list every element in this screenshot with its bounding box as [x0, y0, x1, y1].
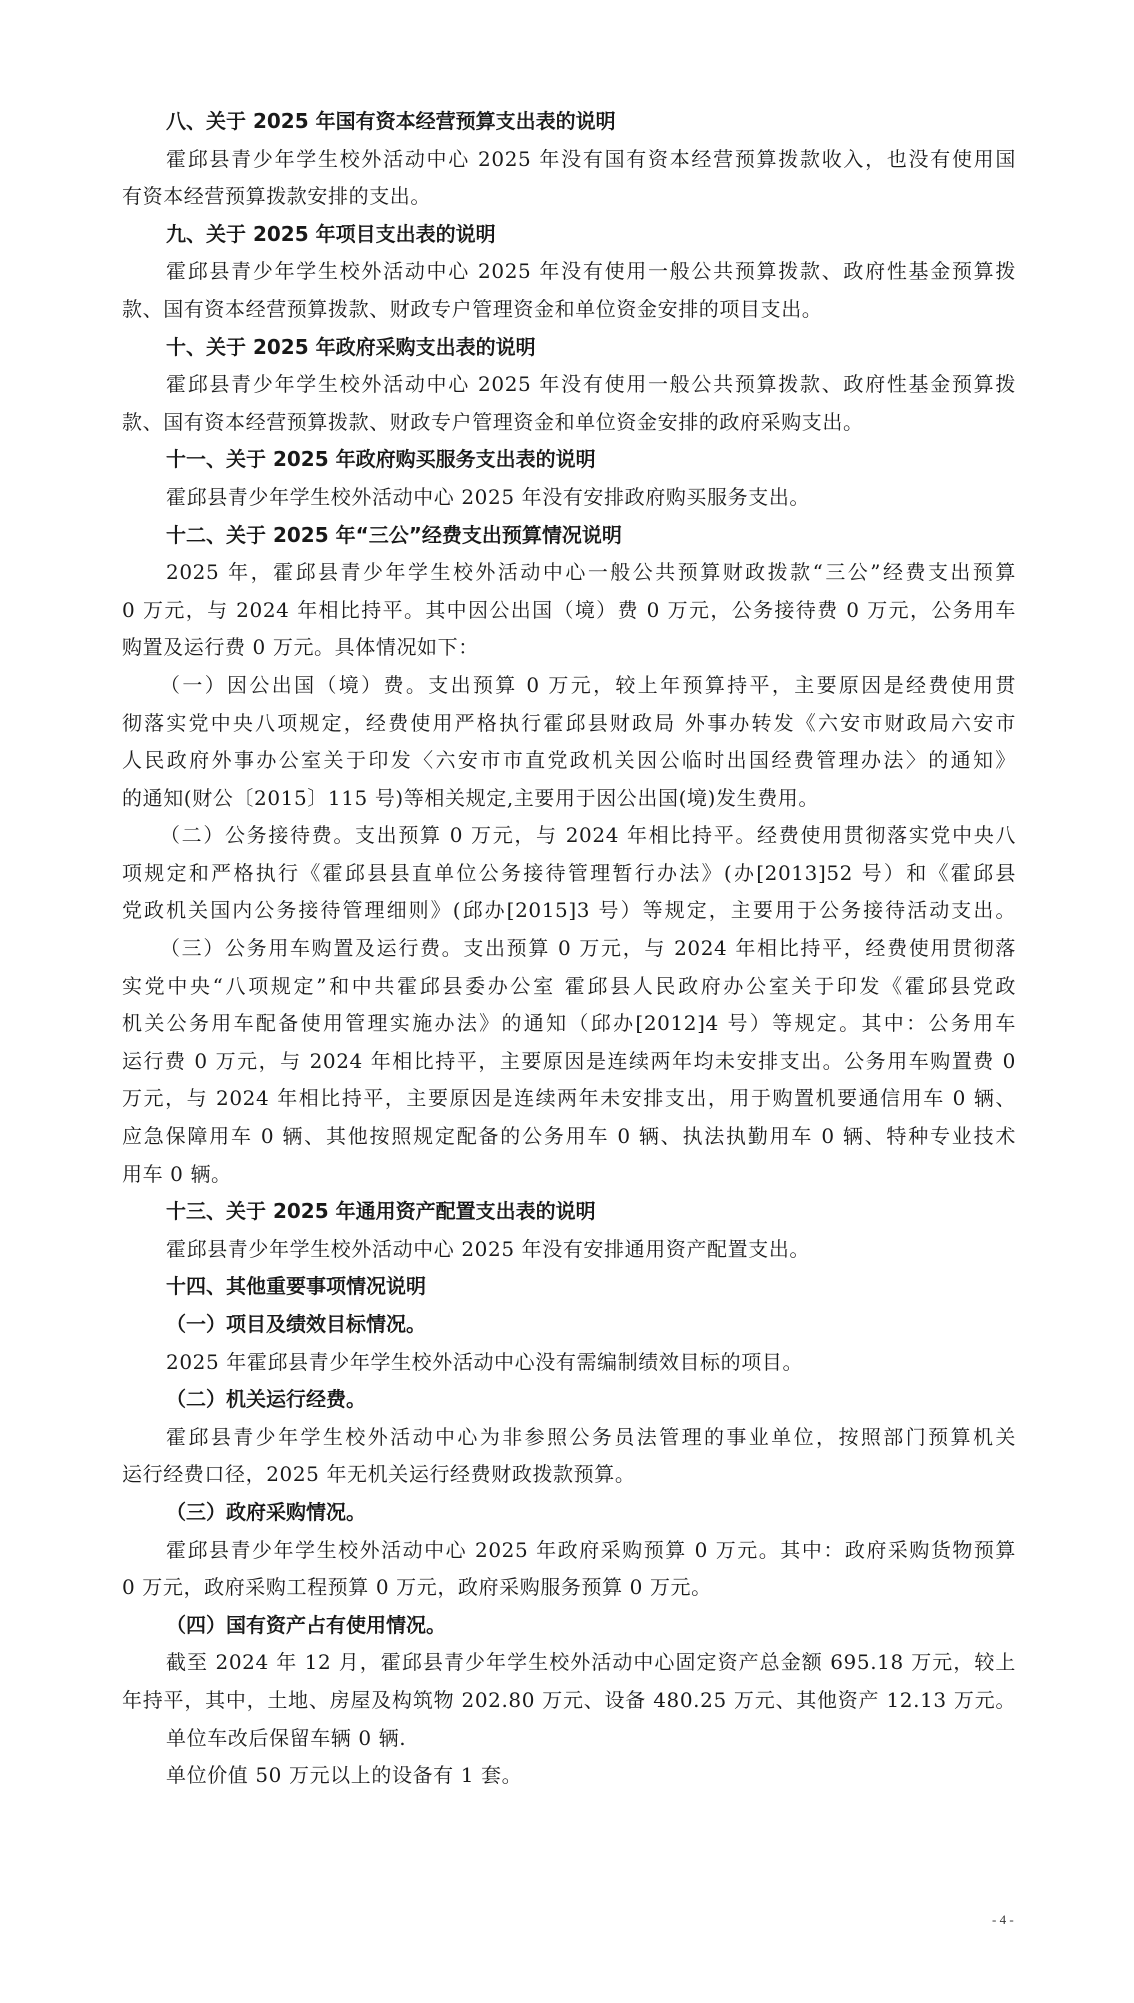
- paragraph-line: 有资本经营预算拨款安排的支出。: [122, 178, 1016, 216]
- paragraph-line: 霍邱县青少年学生校外活动中心 2025 年没有使用一般公共预算拨款、政府性基金预…: [122, 366, 1016, 404]
- paragraph-line: 0 万元，政府采购工程预算 0 万元，政府采购服务预算 0 万元。: [122, 1569, 1016, 1607]
- subsection-heading-4: （四）国有资产占有使用情况。: [122, 1607, 1016, 1645]
- paragraph-line: 运行费 0 万元，与 2024 年相比持平，主要原因是连续两年均未安排支出。公务…: [122, 1043, 1016, 1081]
- section-heading-12: 十二、关于 2025 年“三公”经费支出预算情况说明: [122, 517, 1016, 555]
- paragraph-line: 霍邱县青少年学生校外活动中心 2025 年没有国有资本经营预算拨款收入，也没有使…: [122, 141, 1016, 179]
- paragraph-line: 实党中央“八项规定”和中共霍邱县委办公室 霍邱县人民政府办公室关于印发《霍邱县党…: [122, 968, 1016, 1006]
- paragraph-line: 运行经费口径，2025 年无机关运行经费财政拨款预算。: [122, 1456, 1016, 1494]
- paragraph-line: 霍邱县青少年学生校外活动中心为非参照公务员法管理的事业单位，按照部门预算机关: [122, 1419, 1016, 1457]
- paragraph-line: 的通知(财公〔2015〕115 号)等相关规定,主要用于因公出国(境)发生费用。: [122, 780, 1016, 818]
- paragraph-line: 0 万元，与 2024 年相比持平。其中因公出国（境）费 0 万元，公务接待费 …: [122, 592, 1016, 630]
- paragraph-line: 单位车改后保留车辆 0 辆.: [122, 1720, 1016, 1758]
- paragraph-line: 霍邱县青少年学生校外活动中心 2025 年没有安排通用资产配置支出。: [122, 1231, 1016, 1269]
- section-heading-11: 十一、关于 2025 年政府购买服务支出表的说明: [122, 441, 1016, 479]
- paragraph-line: （三）公务用车购置及运行费。支出预算 0 万元，与 2024 年相比持平，经费使…: [122, 930, 1016, 968]
- paragraph-line: 霍邱县青少年学生校外活动中心 2025 年政府采购预算 0 万元。其中：政府采购…: [122, 1532, 1016, 1570]
- paragraph-line: 万元，与 2024 年相比持平，主要原因是连续两年未安排支出，用于购置机要通信用…: [122, 1080, 1016, 1118]
- subsection-heading-3: （三）政府采购情况。: [122, 1494, 1016, 1532]
- section-heading-10: 十、关于 2025 年政府采购支出表的说明: [122, 329, 1016, 367]
- paragraph-line: 党政机关国内公务接待管理细则》(邱办[2015]3 号）等规定，主要用于公务接待…: [122, 892, 1016, 930]
- paragraph-line: 年持平，其中，土地、房屋及构筑物 202.80 万元、设备 480.25 万元、…: [122, 1682, 1016, 1720]
- subsection-heading-2: （二）机关运行经费。: [122, 1381, 1016, 1419]
- paragraph-line: 人民政府外事办公室关于印发〈六安市市直党政机关因公临时出国经费管理办法〉的通知》: [122, 742, 1016, 780]
- paragraph-line: 截至 2024 年 12 月，霍邱县青少年学生校外活动中心固定资产总金额 695…: [122, 1644, 1016, 1682]
- section-heading-9: 九、关于 2025 年项目支出表的说明: [122, 216, 1016, 254]
- paragraph-line: 款、国有资本经营预算拨款、财政专户管理资金和单位资金安排的项目支出。: [122, 291, 1016, 329]
- paragraph-line: 应急保障用车 0 辆、其他按照规定配备的公务用车 0 辆、执法执勤用车 0 辆、…: [122, 1118, 1016, 1156]
- paragraph-line: 机关公务用车配备使用管理实施办法》的通知（邱办[2012]4 号）等规定。其中：…: [122, 1005, 1016, 1043]
- paragraph-line: 项规定和严格执行《霍邱县县直单位公务接待管理暂行办法》(办[2013]52 号）…: [122, 855, 1016, 893]
- paragraph-line: （一）因公出国（境）费。支出预算 0 万元，较上年预算持平，主要原因是经费使用贯: [122, 667, 1016, 705]
- section-heading-8: 八、关于 2025 年国有资本经营预算支出表的说明: [122, 103, 1016, 141]
- paragraph-line: 2025 年霍邱县青少年学生校外活动中心没有需编制绩效目标的项目。: [122, 1344, 1016, 1382]
- section-heading-13: 十三、关于 2025 年通用资产配置支出表的说明: [122, 1193, 1016, 1231]
- page-number: - 4 -: [992, 1912, 1014, 1928]
- paragraph-line: 霍邱县青少年学生校外活动中心 2025 年没有使用一般公共预算拨款、政府性基金预…: [122, 253, 1016, 291]
- section-heading-14: 十四、其他重要事项情况说明: [122, 1268, 1016, 1306]
- paragraph-line: 彻落实党中央八项规定，经费使用严格执行霍邱县财政局 外事办转发《六安市财政局六安…: [122, 705, 1016, 743]
- paragraph-line: （二）公务接待费。支出预算 0 万元，与 2024 年相比持平。经费使用贯彻落实…: [122, 817, 1016, 855]
- paragraph-line: 霍邱县青少年学生校外活动中心 2025 年没有安排政府购买服务支出。: [122, 479, 1016, 517]
- paragraph-line: 2025 年，霍邱县青少年学生校外活动中心一般公共预算财政拨款“三公”经费支出预…: [122, 554, 1016, 592]
- paragraph-line: 用车 0 辆。: [122, 1156, 1016, 1194]
- paragraph-line: 购置及运行费 0 万元。具体情况如下：: [122, 629, 1016, 667]
- paragraph-line: 款、国有资本经营预算拨款、财政专户管理资金和单位资金安排的政府采购支出。: [122, 404, 1016, 442]
- subsection-heading-1: （一）项目及绩效目标情况。: [122, 1306, 1016, 1344]
- paragraph-line: 单位价值 50 万元以上的设备有 1 套。: [122, 1757, 1016, 1795]
- document-page: 八、关于 2025 年国有资本经营预算支出表的说明 霍邱县青少年学生校外活动中心…: [122, 103, 1016, 1795]
